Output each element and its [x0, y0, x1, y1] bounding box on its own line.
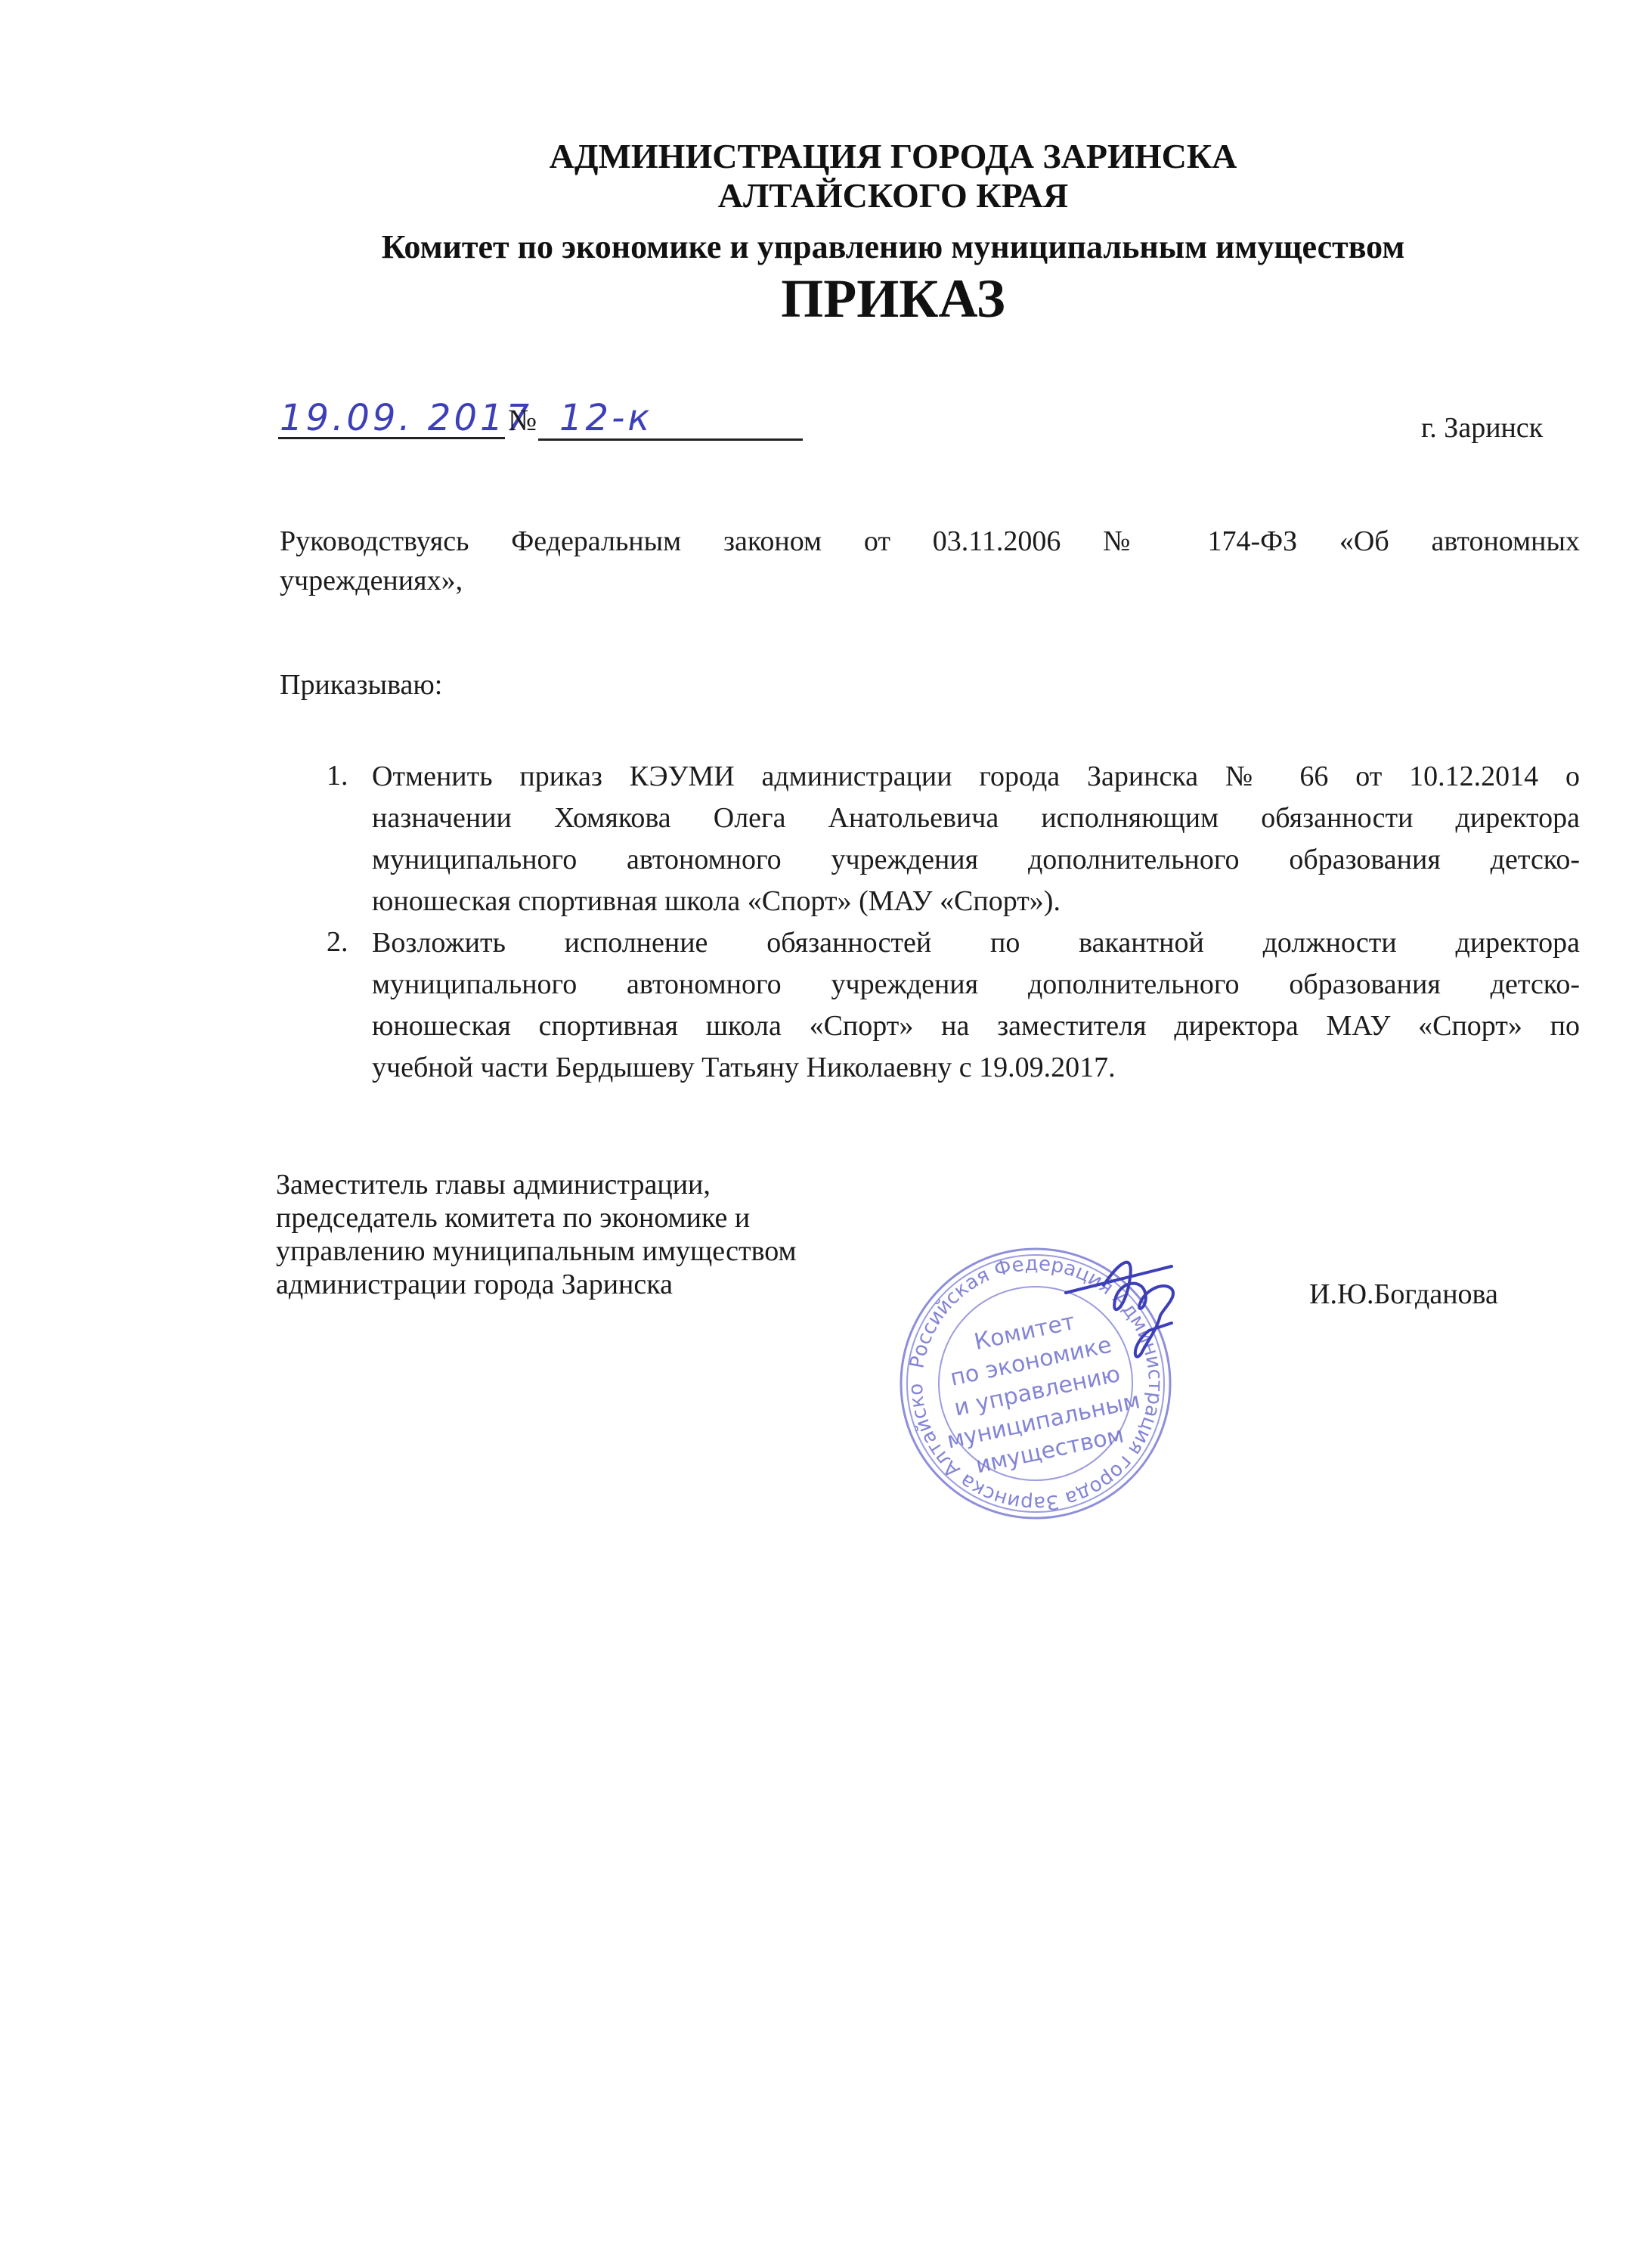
preamble-line-2: учреждениях», — [280, 561, 1580, 600]
item-1-text: Отменить приказ КЭУМИ администрации горо… — [372, 756, 1580, 922]
signatory-title: Заместитель главы администрации, председ… — [276, 1168, 797, 1301]
item-1-line-2: назначении Хомякова Олега Анатольевича и… — [372, 798, 1580, 839]
signatory-line-1: Заместитель главы администрации, — [276, 1168, 797, 1201]
order-word: Приказываю: — [280, 665, 442, 705]
header-administration: АДМИНИСТРАЦИЯ ГОРОДА ЗАРИНСКА — [76, 136, 1635, 177]
city-label: г. Заринск — [1421, 408, 1543, 448]
signatory-line-3: управлению муниципальным имуществом — [276, 1235, 797, 1268]
header-region: АЛТАЙСКОГО КРАЯ — [76, 175, 1635, 216]
number-label: № — [508, 401, 537, 440]
preamble-line-1: Руководствуясь Федеральным законом от 03… — [280, 522, 1580, 561]
item-1-line-3: муниципального автономного учреждения до… — [372, 839, 1580, 881]
number-underline — [538, 438, 803, 441]
handwritten-signature — [1058, 1247, 1209, 1368]
item-1-line-4: юношеская спортивная школа «Спорт» (МАУ … — [372, 881, 1580, 922]
item-1-line-1: Отменить приказ КЭУМИ администрации горо… — [372, 756, 1580, 798]
item-2-text: Возложить исполнение обязанностей по вак… — [372, 922, 1580, 1089]
item-1-number: 1. — [327, 756, 348, 795]
date-underline — [278, 437, 505, 439]
preamble: Руководствуясь Федеральным законом от 03… — [280, 522, 1580, 600]
signatory-line-2: председатель комитета по экономике и — [276, 1201, 797, 1235]
item-2-line-1: Возложить исполнение обязанностей по вак… — [372, 922, 1580, 964]
signatory-name: И.Ю.Богданова — [1309, 1278, 1498, 1311]
item-2-number: 2. — [327, 922, 348, 962]
item-2-line-2: муниципального автономного учреждения до… — [372, 964, 1580, 1005]
handwritten-date: 19.09. 2017 — [280, 397, 532, 439]
signatory-line-4: администрации города Заринска — [276, 1268, 797, 1301]
handwritten-number: 12-к — [559, 397, 652, 439]
item-2-line-3: юношеская спортивная школа «Спорт» на за… — [372, 1005, 1580, 1047]
header-committee: Комитет по экономике и управлению муници… — [76, 227, 1635, 268]
item-2-line-4: учебной части Бердышеву Татьяну Николаев… — [372, 1047, 1580, 1089]
document-type-title: ПРИКАЗ — [76, 268, 1635, 329]
